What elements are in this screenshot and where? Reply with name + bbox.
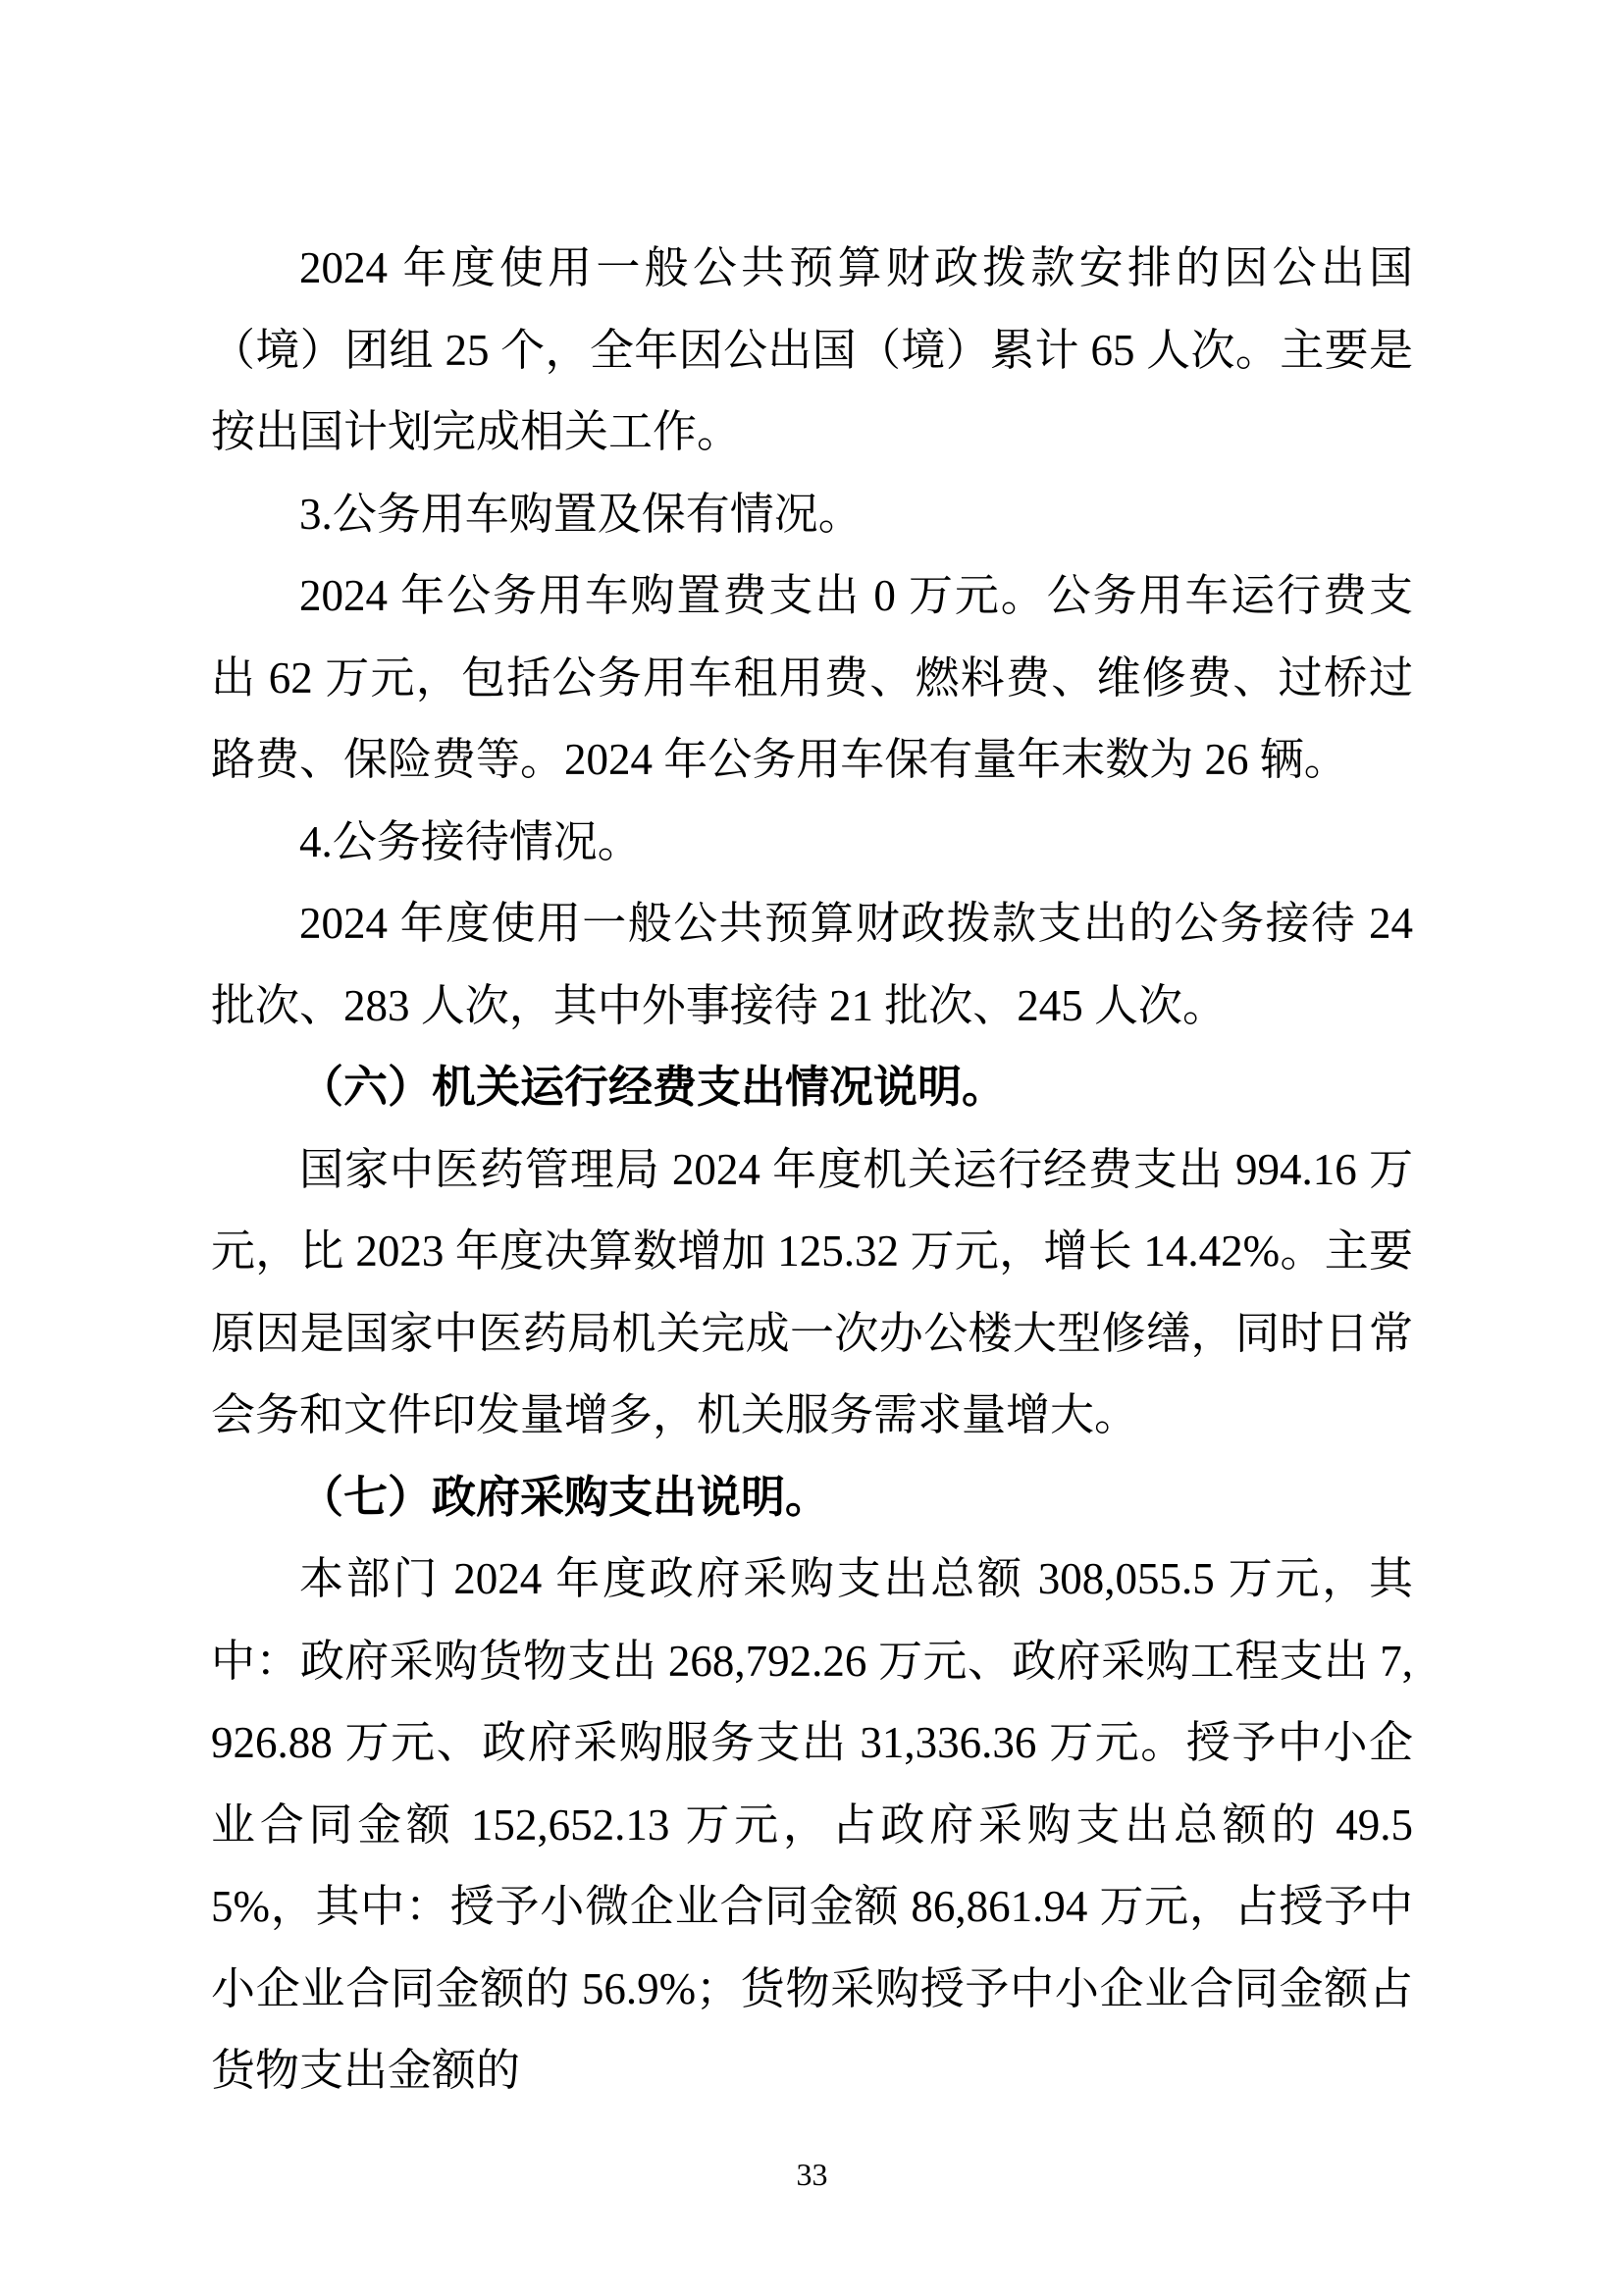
body-paragraph: 4.公务接待情况。: [211, 802, 1413, 884]
body-paragraph: 国家中医药管理局 2024 年度机关运行经费支出 994.16 万元，比 202…: [211, 1129, 1413, 1457]
body-paragraph: 2024 年度使用一般公共预算财政拨款安排的因公出国（境）团组 25 个，全年因…: [211, 228, 1413, 474]
body-paragraph: 2024 年公务用车购置费支出 0 万元。公务用车运行费支出 62 万元，包括公…: [211, 555, 1413, 802]
document-body: 2024 年度使用一般公共预算财政拨款安排的因公出国（境）团组 25 个，全年因…: [211, 228, 1413, 2112]
body-paragraph: 2024 年度使用一般公共预算财政拨款支出的公务接待 24 批次、283 人次，…: [211, 883, 1413, 1047]
section-heading: （六）机关运行经费支出情况说明。: [211, 1047, 1413, 1129]
document-page: 2024 年度使用一般公共预算财政拨款安排的因公出国（境）团组 25 个，全年因…: [0, 0, 1624, 2295]
body-paragraph: 本部门 2024 年度政府采购支出总额 308,055.5 万元，其中：政府采购…: [211, 1539, 1413, 2112]
page-number: 33: [0, 2155, 1624, 2194]
body-paragraph: 3.公务用车购置及保有情况。: [211, 474, 1413, 556]
section-heading: （七）政府采购支出说明。: [211, 1457, 1413, 1539]
